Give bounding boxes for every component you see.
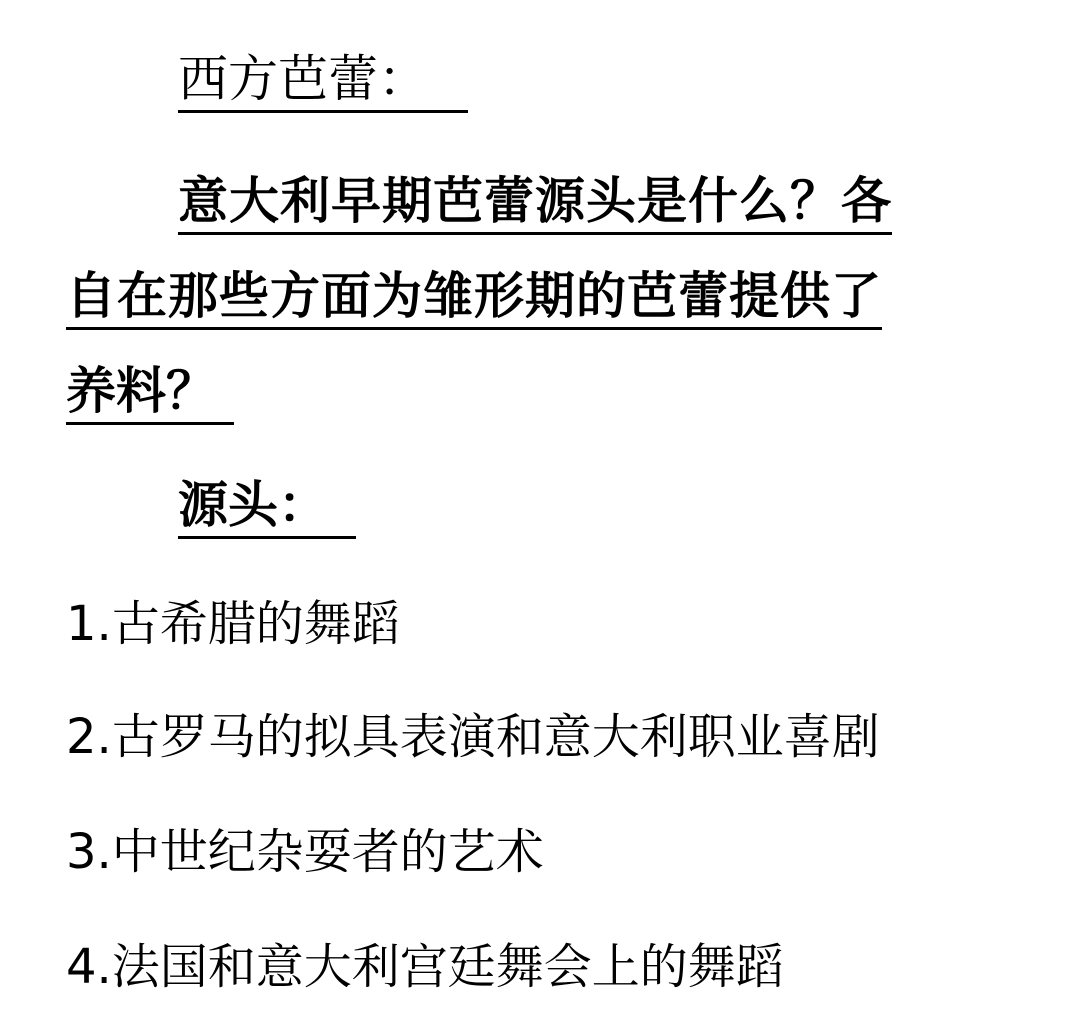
question-text-2: 自在那些方面为雏形期的芭蕾提供了: [66, 265, 882, 330]
list-item: 3.中世纪杂耍者的艺术: [66, 822, 544, 882]
section-label-text: 源头：: [178, 474, 328, 539]
heading-text: 西方芭蕾：: [178, 48, 428, 113]
section-label: 源头：: [178, 474, 356, 539]
question-line-2: 自在那些方面为雏形期的芭蕾提供了: [66, 265, 882, 330]
list-item: 4.法国和意大利宫廷舞会上的舞蹈: [66, 937, 784, 997]
question-line-1: 意大利早期芭蕾源头是什么？各: [178, 170, 892, 235]
question-line-3: 养料？: [66, 360, 234, 425]
question-text-3: 养料？: [66, 360, 216, 425]
question-text-1: 意大利早期芭蕾源头是什么？各: [178, 170, 892, 235]
list-item: 2.古罗马的拟具表演和意大利职业喜剧: [66, 707, 880, 767]
list-item: 1.古希腊的舞蹈: [66, 594, 400, 654]
document-heading: 西方芭蕾：: [178, 48, 468, 113]
